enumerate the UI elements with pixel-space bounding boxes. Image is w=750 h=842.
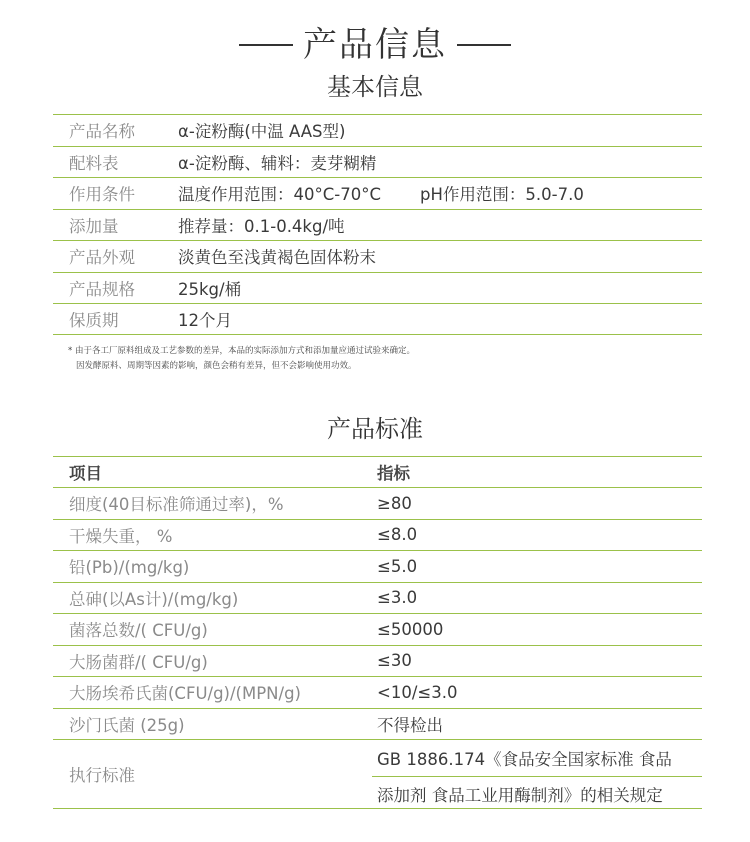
row-label: 作用条件 — [69, 178, 135, 209]
row-value: α-淀粉酶、辅料：麦芽糊精 — [178, 147, 376, 178]
row-item: 总砷(以As计)/(mg/kg) — [69, 583, 238, 614]
row-label: 添加量 — [69, 210, 119, 241]
table-row: 总砷(以As计)/(mg/kg) ≤3.0 — [53, 582, 702, 614]
row-spec: ≤3.0 — [377, 583, 417, 614]
row-value: 12个月 — [178, 304, 232, 334]
table-header-row: 项目 指标 — [53, 456, 702, 487]
footnote: * 由于各工厂原料组成及工艺参数的差异，本品的实际添加方式和添加量应通过试验来确… — [68, 344, 415, 374]
row-value: 推荐量：0.1-0.4kg/吨 — [178, 210, 345, 241]
row-spec: <10/≤3.0 — [377, 677, 457, 708]
row-label: 保质期 — [69, 304, 119, 334]
header-spec: 指标 — [377, 457, 410, 487]
row-item: 细度(40目标准筛通过率)，% — [69, 488, 284, 519]
exec-standard-line-2: 添加剂 食品工业用酶制剂》的相关规定 — [372, 776, 702, 810]
table-row: 作用条件 温度作用范围：40°C-70°C pH作用范围：5.0-7.0 — [53, 177, 702, 209]
row-value: α-淀粉酶(中温 AAS型) — [178, 115, 345, 146]
table-row: 铅(Pb)/(mg/kg) ≤5.0 — [53, 550, 702, 582]
row-spec: ≤50000 — [377, 614, 443, 645]
row-item: 大肠菌群/( CFU/g) — [69, 646, 208, 677]
standards-table: 项目 指标 细度(40目标准筛通过率)，% ≥80 干燥失重， % ≤8.0 铅… — [53, 456, 702, 809]
row-item: 大肠埃希氏菌(CFU/g)/(MPN/g) — [69, 677, 301, 708]
title-dash-right — [457, 44, 511, 46]
row-value-ph: pH作用范围：5.0-7.0 — [420, 178, 584, 209]
row-item: 沙门氏菌 (25g) — [69, 709, 185, 740]
row-value: 淡黄色至浅黄褐色固体粉末 — [178, 241, 376, 272]
table-row: 保质期 12个月 — [53, 303, 702, 335]
row-label: 产品规格 — [69, 273, 135, 304]
basic-info-table: 产品名称 α-淀粉酶(中温 AAS型) 配料表 α-淀粉酶、辅料：麦芽糊精 作用… — [53, 114, 702, 335]
table-row: 菌落总数/( CFU/g) ≤50000 — [53, 613, 702, 645]
page-title-text: 产品信息 — [303, 25, 447, 65]
header-item: 项目 — [69, 457, 102, 487]
table-row: 添加量 推荐量：0.1-0.4kg/吨 — [53, 209, 702, 241]
basic-info-heading: 基本信息 — [0, 70, 750, 104]
exec-standard-line-1: GB 1886.174《食品安全国家标准 食品 — [372, 740, 702, 776]
table-row: 大肠菌群/( CFU/g) ≤30 — [53, 645, 702, 677]
row-spec: 不得检出 — [377, 709, 443, 740]
row-label: 配料表 — [69, 147, 119, 178]
row-item: 菌落总数/( CFU/g) — [69, 614, 208, 645]
page-title: 产品信息 — [0, 22, 750, 68]
table-row: 产品外观 淡黄色至浅黄褐色固体粉末 — [53, 240, 702, 272]
row-label: 产品外观 — [69, 241, 135, 272]
table-row: 产品规格 25kg/桶 — [53, 272, 702, 304]
table-row: 产品名称 α-淀粉酶(中温 AAS型) — [53, 114, 702, 146]
row-spec: ≤30 — [377, 646, 412, 677]
table-row: 沙门氏菌 (25g) 不得检出 — [53, 708, 702, 740]
row-spec: ≥80 — [377, 488, 412, 519]
row-label: 产品名称 — [69, 115, 135, 146]
table-row: 配料表 α-淀粉酶、辅料：麦芽糊精 — [53, 146, 702, 178]
footnote-line-1: * 由于各工厂原料组成及工艺参数的差异，本品的实际添加方式和添加量应通过试验来确… — [68, 344, 415, 359]
standards-heading: 产品标准 — [0, 412, 750, 446]
table-row: 细度(40目标准筛通过率)，% ≥80 — [53, 487, 702, 519]
row-item: 干燥失重， % — [69, 520, 172, 551]
table-row: 干燥失重， % ≤8.0 — [53, 519, 702, 551]
row-value-temperature: 温度作用范围：40°C-70°C — [178, 178, 381, 209]
row-value: 25kg/桶 — [178, 273, 241, 304]
footnote-line-2: 因发酵原料、周期等因素的影响，颜色会稍有差异，但不会影响使用功效。 — [68, 359, 415, 374]
title-dash-left — [239, 44, 293, 46]
row-spec: ≤8.0 — [377, 520, 417, 551]
row-item: 铅(Pb)/(mg/kg) — [69, 551, 189, 582]
row-spec: ≤5.0 — [377, 551, 417, 582]
row-item: 执行标准 — [69, 740, 135, 808]
table-row: 大肠埃希氏菌(CFU/g)/(MPN/g) <10/≤3.0 — [53, 676, 702, 708]
table-row-exec-standard: 执行标准 GB 1886.174《食品安全国家标准 食品 添加剂 食品工业用酶制… — [53, 739, 702, 809]
